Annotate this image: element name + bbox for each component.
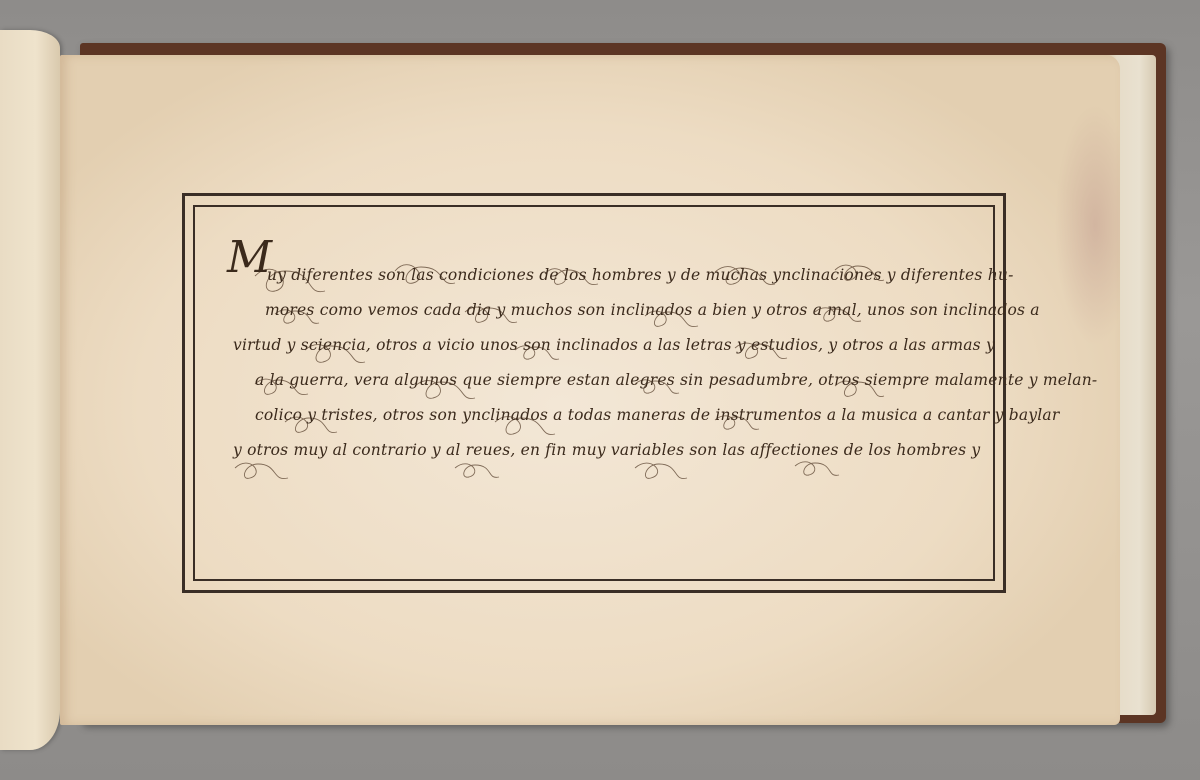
decorated-initial: M: [227, 240, 272, 275]
book-photo: M uy diferentes son las condiciones de l…: [0, 0, 1200, 780]
calligraphy-text: M uy diferentes son las condiciones de l…: [233, 258, 933, 468]
text-line: y otros muy al contrario y al reues, en …: [233, 433, 933, 468]
text-line: a la guerra, vera algunos que siempre es…: [233, 363, 933, 398]
text-line: uy diferentes son las condiciones de los…: [233, 258, 933, 293]
text-line: colico y tristes, otros son ynclinados a…: [233, 398, 933, 433]
calligraphy-frame: M uy diferentes son las condiciones de l…: [182, 193, 1006, 593]
left-page-edge: [0, 30, 60, 750]
text-line: virtud y sciencia, otros a vicio unos so…: [233, 328, 933, 363]
text-line: mores como vemos cada dia y muchos son i…: [233, 293, 933, 328]
